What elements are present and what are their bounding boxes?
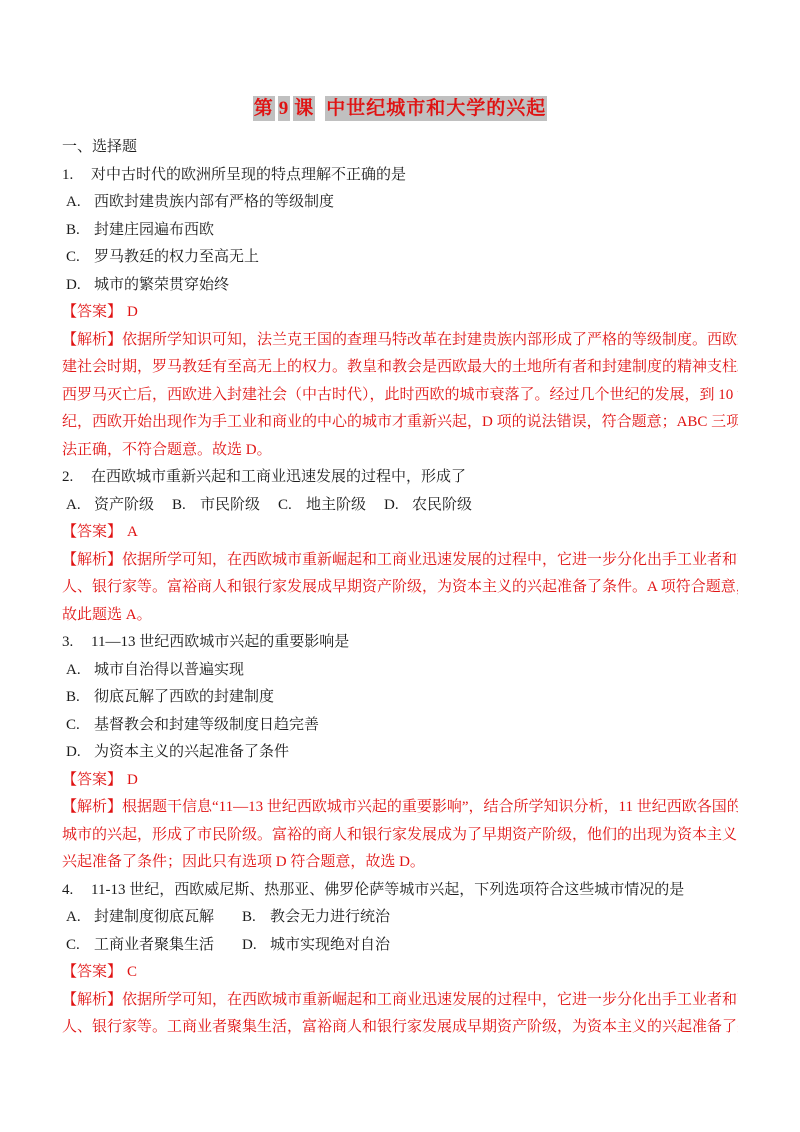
title-segment-lesson-suffix: 课 [293,96,315,121]
question-3-option-d: D.为资本主义的兴起准备了条件 [62,739,738,767]
question-3-option-c: C.基督教会和封建等级制度日趋完善 [62,712,738,740]
option-letter: D. [384,492,412,520]
answer-label: 【答案】 [62,772,122,788]
answer-label: 【答案】 [62,304,122,320]
question-1-analysis-line-3: 西罗马灭亡后，西欧进入封建社会（中古时代），此时西欧的城市衰落了。经过几个世纪的… [62,382,738,410]
option-text: 教会无力进行统治 [270,909,390,925]
question-1-analysis-line-2: 建社会时期，罗马教廷有至高无上的权力。教皇和教会是西欧最大的土地所有者和封建制度… [62,354,738,382]
question-1-answer: 【答案】D [62,299,738,327]
answer-label: 【答案】 [62,964,122,980]
question-4-stem: 4.11-13 世纪，西欧威尼斯、热那亚、佛罗伦萨等城市兴起，下列选项符合这些城… [62,877,738,905]
question-3-analysis-line-3: 兴起准备了条件；因此只有选项 D 符合题意，故选 D。 [62,849,738,877]
question-2-option-d: D.农民阶级 [384,497,472,513]
question-number: 4. [62,877,91,905]
option-letter: C. [66,932,94,960]
question-number: 1. [62,162,91,190]
title-segment-lesson: 第 [253,96,275,121]
document-page: 第9课中世纪城市和大学的兴起 一、选择题 1.对中古时代的欧洲所呈现的特点理解不… [0,0,800,1132]
answer-label: 【答案】 [62,524,122,540]
question-2-analysis-line-3: 故此题选 A。 [62,602,738,630]
option-letter: A. [66,904,94,932]
option-letter: C. [278,492,306,520]
question-1-option-c: C.罗马教廷的权力至高无上 [62,244,738,272]
option-text: 农民阶级 [412,497,472,513]
question-1-stem: 1.对中古时代的欧洲所呈现的特点理解不正确的是 [62,162,738,190]
question-3-option-b: B.彻底瓦解了西欧的封建制度 [62,684,738,712]
option-letter: C. [66,712,94,740]
option-letter: A. [66,657,94,685]
question-stem-text: 11—13 世纪西欧城市兴起的重要影响是 [91,634,349,650]
option-letter: D. [66,272,94,300]
option-text: 市民阶级 [200,497,260,513]
question-4-option-b: B.教会无力进行统治 [242,909,390,925]
question-1-option-b: B.封建庄园遍布西欧 [62,217,738,245]
option-text: 封建庄园遍布西欧 [94,222,214,238]
question-1-analysis-line-1: 【解析】依据所学知识可知，法兰克王国的查理马特改革在封建贵族内部形成了严格的等级… [62,327,738,355]
question-number: 3. [62,629,91,657]
question-2-options: A.资产阶级B.市民阶级C.地主阶级D.农民阶级 [62,492,738,520]
question-2-analysis-line-2: 人、银行家等。富裕商人和银行家发展成早期资产阶级，为资本主义的兴起准备了条件。A… [62,574,738,602]
option-letter: B. [242,904,270,932]
option-letter: B. [172,492,200,520]
option-text: 西欧封建贵族内部有严格的等级制度 [94,194,334,210]
option-text: 封建制度彻底瓦解 [94,909,214,925]
option-text: 基督教会和封建等级制度日趋完善 [94,717,319,733]
option-text: 城市实现绝对自治 [270,937,390,953]
answer-value: A [127,524,138,540]
option-letter: B. [66,684,94,712]
question-3-option-a: A.城市自治得以普遍实现 [62,657,738,685]
question-2-option-b: B.市民阶级 [172,497,260,513]
question-1-analysis-line-5: 法正确，不符合题意。故选 D。 [62,437,738,465]
option-text: 地主阶级 [306,497,366,513]
question-stem-text: 在西欧城市重新兴起和工商业迅速发展的过程中，形成了 [91,469,466,485]
option-letter: D. [242,932,270,960]
option-text: 城市自治得以普遍实现 [94,662,244,678]
question-2-analysis-line-1: 【解析】依据所学可知，在西欧城市重新崛起和工商业迅速发展的过程中，它进一步分化出… [62,547,738,575]
question-1-option-a: A.西欧封建贵族内部有严格的等级制度 [62,189,738,217]
question-1-analysis-line-4: 纪，西欧开始出现作为手工业和商业的中心的城市才重新兴起，D 项的说法错误，符合题… [62,409,738,437]
question-3-analysis-line-2: 城市的兴起，形成了市民阶级。富裕的商人和银行家发展成为了早期资产阶级，他们的出现… [62,822,738,850]
title-segment-name: 中世纪城市和大学的兴起 [325,96,547,121]
option-text: 为资本主义的兴起准备了条件 [94,744,289,760]
page-title: 第9课中世纪城市和大学的兴起 [0,94,800,124]
question-2-stem: 2.在西欧城市重新兴起和工商业迅速发展的过程中，形成了 [62,464,738,492]
question-stem-text: 11-13 世纪，西欧威尼斯、热那亚、佛罗伦萨等城市兴起，下列选项符合这些城市情… [91,882,684,898]
question-number: 2. [62,464,91,492]
question-4-answer: 【答案】C [62,959,738,987]
question-4-options-row-2: C.工商业者聚集生活D.城市实现绝对自治 [62,932,738,960]
question-4-option-c: C.工商业者聚集生活 [66,932,242,960]
answer-value: C [127,964,137,980]
question-3-analysis-line-1: 【解析】根据题干信息“11—13 世纪西欧城市兴起的重要影响”，结合所学知识分析… [62,794,738,822]
question-4-option-a: A.封建制度彻底瓦解 [66,904,242,932]
question-2-answer: 【答案】A [62,519,738,547]
question-4-analysis-line-1: 【解析】依据所学可知，在西欧城市重新崛起和工商业迅速发展的过程中，它进一步分化出… [62,987,738,1015]
question-2-option-c: C.地主阶级 [278,497,366,513]
answer-value: D [127,772,138,788]
question-1-option-d: D.城市的繁荣贯穿始终 [62,272,738,300]
option-letter: D. [66,739,94,767]
option-letter: C. [66,244,94,272]
question-4-analysis-line-2: 人、银行家等。工商业者聚集生活，富裕商人和银行家发展成早期资产阶级，为资本主义的… [62,1014,738,1042]
title-segment-number: 9 [278,96,291,121]
document-body: 一、选择题 1.对中古时代的欧洲所呈现的特点理解不正确的是 A.西欧封建贵族内部… [62,134,738,1042]
option-text: 罗马教廷的权力至高无上 [94,249,259,265]
option-letter: A. [66,492,94,520]
question-3-stem: 3.11—13 世纪西欧城市兴起的重要影响是 [62,629,738,657]
option-letter: B. [66,217,94,245]
option-text: 工商业者聚集生活 [94,937,214,953]
answer-value: D [127,304,138,320]
option-text: 彻底瓦解了西欧的封建制度 [94,689,274,705]
section-heading: 一、选择题 [62,134,738,162]
question-2-option-a: A.资产阶级 [66,497,154,513]
option-text: 城市的繁荣贯穿始终 [94,277,229,293]
question-3-answer: 【答案】D [62,767,738,795]
question-stem-text: 对中古时代的欧洲所呈现的特点理解不正确的是 [91,167,406,183]
option-text: 资产阶级 [94,497,154,513]
question-4-option-d: D.城市实现绝对自治 [242,937,390,953]
question-4-options-row-1: A.封建制度彻底瓦解B.教会无力进行统治 [62,904,738,932]
option-letter: A. [66,189,94,217]
